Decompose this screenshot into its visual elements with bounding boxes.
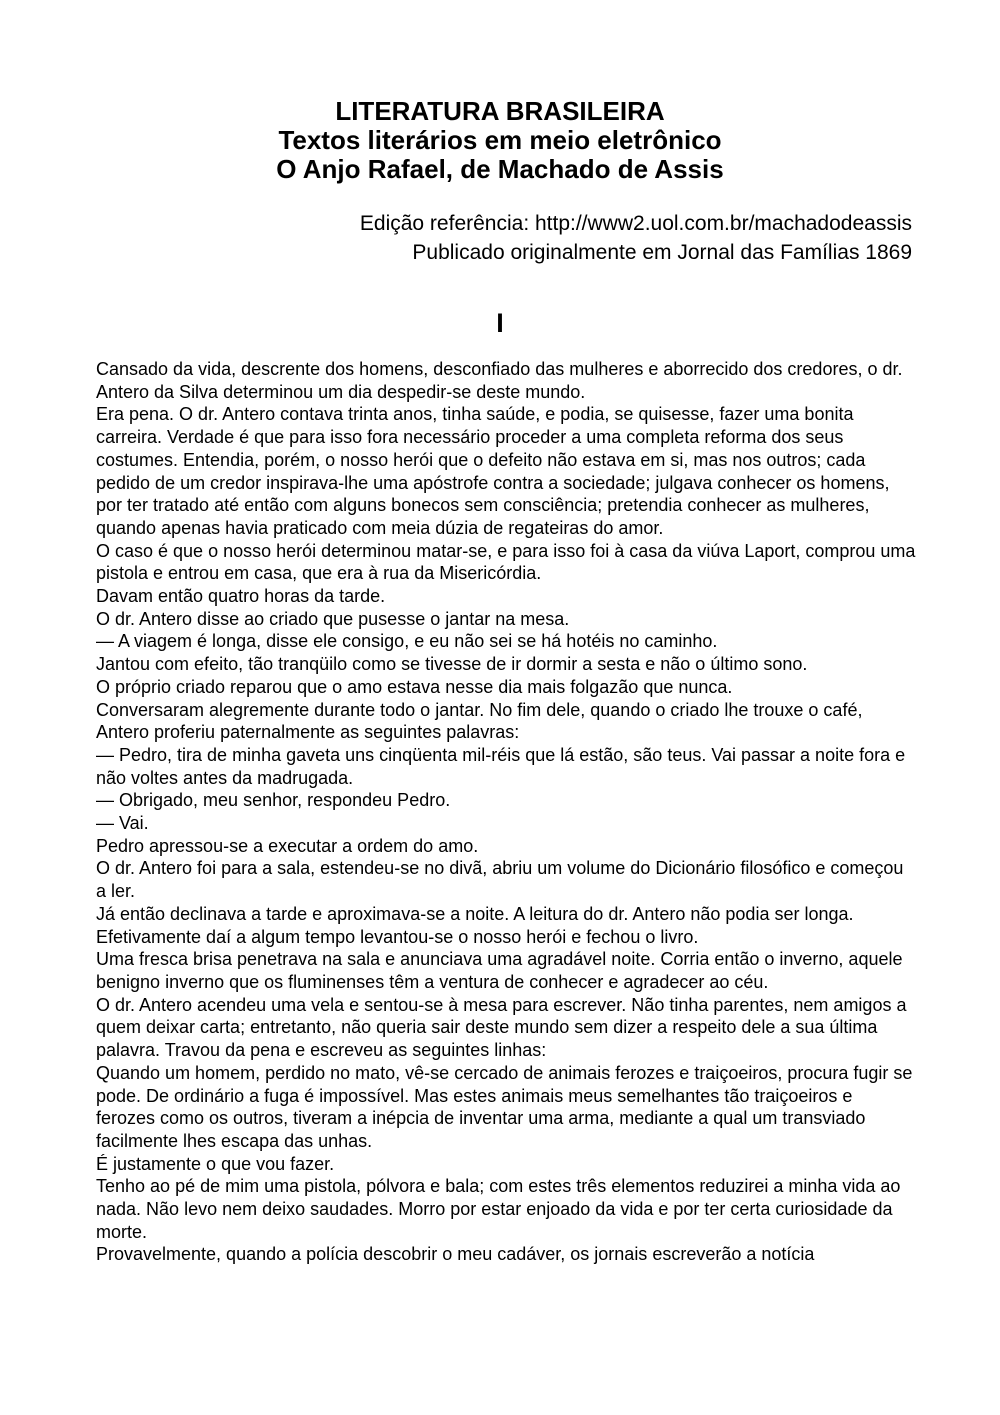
paragraph: Conversaram alegremente durante todo o j… — [96, 699, 916, 744]
paragraph: Jantou com efeito, tão tranqüilo como se… — [96, 653, 916, 676]
paragraph: — Pedro, tira de minha gaveta uns cinqüe… — [96, 744, 916, 789]
paragraph: Tenho ao pé de mim uma pistola, pólvora … — [96, 1175, 916, 1243]
title-line-work: O Anjo Rafael, de Machado de Assis — [90, 155, 910, 184]
reference-line-edition: Edição referência: http://www2.uol.com.b… — [90, 210, 912, 239]
paragraph: O dr. Antero acendeu uma vela e sentou-s… — [96, 994, 916, 1062]
paragraph: É justamente o que vou fazer. — [96, 1153, 916, 1176]
paragraph: O dr. Antero disse ao criado que pusesse… — [96, 608, 916, 631]
title-line-series: Textos literários em meio eletrônico — [90, 126, 910, 155]
paragraph: O próprio criado reparou que o amo estav… — [96, 676, 916, 699]
paragraph: Provavelmente, quando a polícia descobri… — [96, 1243, 916, 1266]
paragraph: Era pena. O dr. Antero contava trinta an… — [96, 403, 916, 539]
paragraph: Pedro apressou-se a executar a ordem do … — [96, 835, 916, 858]
paragraph: Quando um homem, perdido no mato, vê-se … — [96, 1062, 916, 1153]
paragraph: — A viagem é longa, disse ele consigo, e… — [96, 630, 916, 653]
paragraph: Davam então quatro horas da tarde. — [96, 585, 916, 608]
paragraph: Uma fresca brisa penetrava na sala e anu… — [96, 948, 916, 993]
paragraph: O dr. Antero foi para a sala, estendeu-s… — [96, 857, 916, 902]
edition-reference: Edição referência: http://www2.uol.com.b… — [90, 210, 912, 267]
chapter-heading: I — [90, 308, 910, 338]
paragraph: — Vai. — [96, 812, 916, 835]
document-page: LITERATURA BRASILEIRA Textos literários … — [0, 0, 1000, 1415]
document-body: Cansado da vida, descrente dos homens, d… — [96, 358, 916, 1266]
paragraph: Cansado da vida, descrente dos homens, d… — [96, 358, 916, 403]
paragraph: Já então declinava a tarde e aproximava-… — [96, 903, 916, 948]
paragraph: — Obrigado, meu senhor, respondeu Pedro. — [96, 789, 916, 812]
title-line-collection: LITERATURA BRASILEIRA — [90, 97, 910, 126]
document-header: LITERATURA BRASILEIRA Textos literários … — [90, 97, 910, 184]
paragraph: O caso é que o nosso herói determinou ma… — [96, 540, 916, 585]
reference-line-publication: Publicado originalmente em Jornal das Fa… — [90, 239, 912, 268]
